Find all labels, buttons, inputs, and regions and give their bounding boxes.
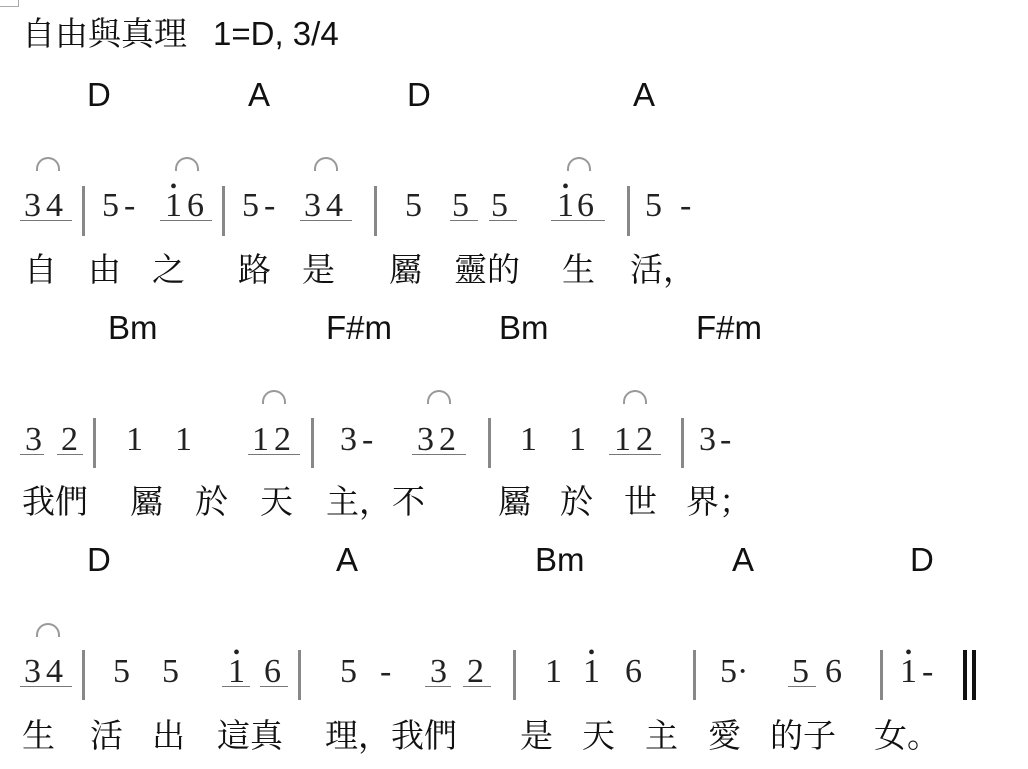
chord: A: [336, 542, 358, 578]
chord: Bm: [108, 310, 158, 346]
dash: -: [124, 186, 135, 226]
note: 3: [699, 420, 716, 460]
sixteenth-underline: [788, 686, 816, 687]
note: 1: [520, 420, 537, 460]
eighth-underline: [412, 454, 466, 455]
note: 1: [569, 420, 586, 460]
slur: [36, 623, 60, 637]
note: 1: [126, 420, 143, 460]
note: 5: [405, 186, 422, 226]
bar-line: [681, 418, 684, 468]
slur: [175, 157, 199, 171]
lyric: 是: [302, 250, 335, 290]
slur: [623, 390, 647, 404]
sixteenth-underline: [425, 686, 451, 687]
chord: D: [407, 77, 431, 113]
lyric: 屬: [130, 482, 163, 522]
bar-line: [222, 186, 225, 236]
dash: -: [380, 652, 391, 692]
bar-line: [374, 186, 377, 236]
slur: [427, 390, 451, 404]
lyric: 天: [260, 482, 293, 522]
bar-line: [298, 650, 301, 700]
note: 5: [162, 652, 179, 692]
dash: -: [720, 420, 731, 460]
note: 5: [645, 186, 662, 226]
sixteenth-underline: [20, 454, 44, 455]
lyric: 理，我們: [325, 716, 457, 756]
chord: D: [910, 542, 934, 578]
lyric: 路: [238, 250, 271, 290]
lyric: 女。: [874, 716, 940, 756]
bar-line: [93, 418, 96, 468]
window-corner: [0, 0, 19, 7]
lyric: 靈的: [454, 250, 520, 290]
lyric: 活: [90, 716, 123, 756]
bar-line: [693, 650, 696, 700]
lyric: 屬: [389, 250, 422, 290]
sixteenth-underline: [450, 220, 478, 221]
eighth-underline: [609, 454, 661, 455]
chord: Bm: [535, 542, 585, 578]
final-bar-thick: [972, 650, 976, 700]
lyric: 主，不: [326, 482, 425, 522]
note: 6: [825, 652, 842, 692]
chord: Bm: [499, 310, 549, 346]
lyric: 由: [88, 250, 121, 290]
eighth-underline: [551, 220, 605, 221]
bar-line: [513, 650, 516, 700]
sixteenth-underline: [489, 220, 517, 221]
lyric: 世: [624, 482, 657, 522]
eighth-underline: [160, 220, 212, 221]
lyric: 愛: [708, 716, 741, 756]
eighth-underline: [20, 220, 72, 221]
sixteenth-underline: [57, 454, 83, 455]
chord: D: [87, 542, 111, 578]
lyric: 於: [560, 482, 593, 522]
note: 1: [175, 420, 192, 460]
song-title: 自由與真理: [22, 14, 187, 53]
slur: [262, 390, 286, 404]
dash: -: [264, 186, 275, 226]
final-bar-thin: [963, 650, 967, 700]
lyric: 之: [152, 250, 185, 290]
lyric: 屬: [498, 482, 531, 522]
dash: -: [922, 652, 933, 692]
eighth-underline: [248, 454, 300, 455]
dash: -: [362, 420, 373, 460]
lyric: 這真: [217, 716, 283, 756]
lyric: 天: [582, 716, 615, 756]
note: 5: [242, 186, 259, 226]
chord: A: [732, 542, 754, 578]
lyric: 生: [562, 250, 595, 290]
note-high: •1: [583, 652, 600, 692]
lyric: 是: [520, 716, 553, 756]
bar-line: [82, 186, 85, 236]
song-title-line: 自由與真理1=D, 3/4: [22, 14, 339, 54]
note: 5: [340, 652, 357, 692]
chord: A: [633, 77, 655, 113]
chord: F#m: [326, 310, 392, 346]
sixteenth-underline: [260, 686, 288, 687]
lyric: 於: [195, 482, 228, 522]
eighth-underline: [20, 686, 72, 687]
note: 5: [113, 652, 130, 692]
dash: -: [680, 186, 691, 226]
note: 6: [625, 652, 642, 692]
sixteenth-underline: [463, 686, 491, 687]
lyric: 的子: [770, 716, 836, 756]
lyric: 主: [645, 716, 678, 756]
note: 3: [340, 420, 357, 460]
bar-line: [488, 418, 491, 468]
bar-line: [82, 650, 85, 700]
slur: [314, 157, 338, 171]
slur: [567, 157, 591, 171]
bar-line: [311, 418, 314, 468]
lyric: 界；: [686, 482, 752, 522]
slur: [36, 157, 60, 171]
note-dotted: 5·: [720, 652, 748, 692]
lyric: 生: [22, 716, 55, 756]
lyric: 我們: [22, 482, 88, 522]
chord: A: [248, 77, 270, 113]
bar-line: [880, 650, 883, 700]
key-time-signature: 1=D, 3/4: [213, 15, 339, 52]
eighth-underline: [300, 220, 352, 221]
note-high: •1: [900, 652, 917, 692]
bar-line: [627, 186, 630, 236]
note: 5: [102, 186, 119, 226]
lyric: 自: [24, 250, 57, 290]
note: 1: [545, 652, 562, 692]
sixteenth-underline: [222, 686, 250, 687]
chord: D: [87, 77, 111, 113]
lyric: 出: [152, 716, 185, 756]
chord: F#m: [696, 310, 762, 346]
lyric: 活，: [630, 250, 696, 290]
